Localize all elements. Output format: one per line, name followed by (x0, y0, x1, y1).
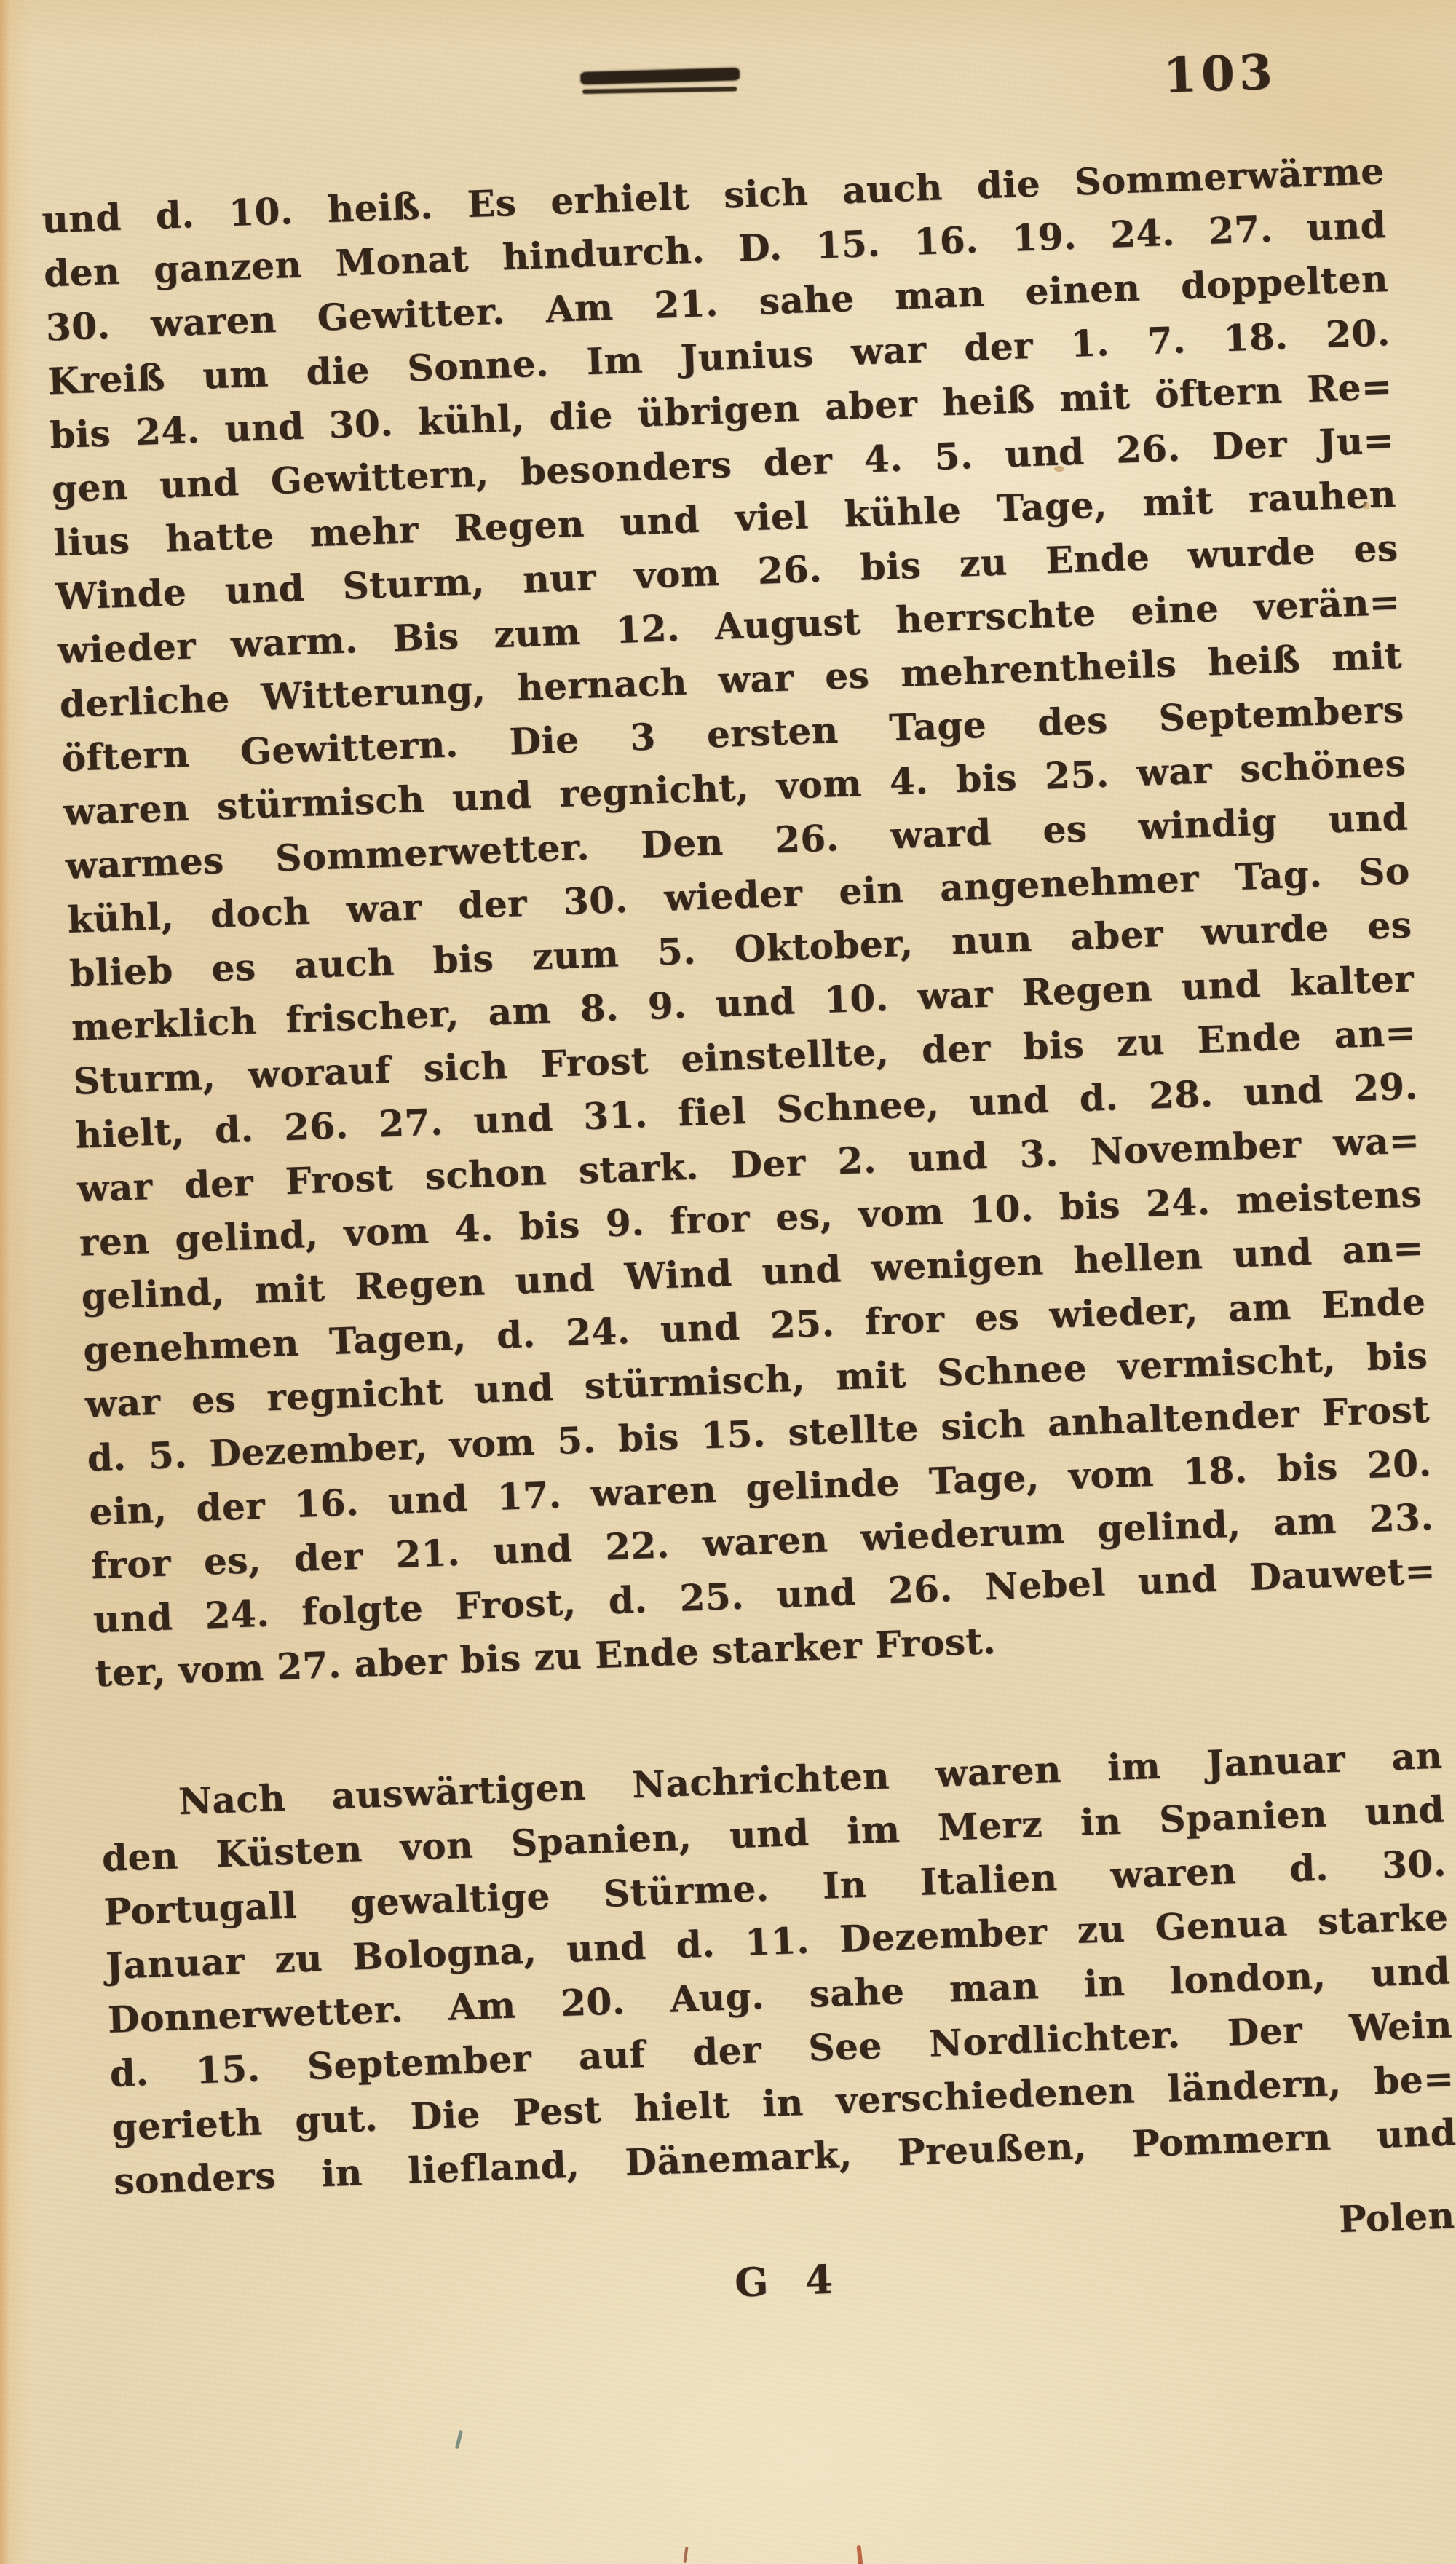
paper-speck (856, 2545, 863, 2564)
paper-speck (1363, 502, 1370, 510)
rule-bar-top-icon (580, 68, 739, 84)
page-number: 103 (1163, 43, 1278, 103)
paper-speck (455, 2430, 463, 2449)
paper-speck (1054, 466, 1064, 472)
paper-speck (683, 2547, 688, 2563)
rule-bar-bottom-icon (582, 87, 737, 94)
paragraph-foreign-news: Nach auswärtigen Nachrichten waren im Ja… (99, 1729, 1456, 2209)
text-block: und d. 10. heiß. Es erhielt sich auch di… (41, 144, 1456, 2263)
signature-mark: G 4 (117, 2229, 1456, 2332)
book-page-scan: 103 und d. 10. heiß. Es erhielt sich auc… (0, 0, 1456, 2564)
paragraph-weather-report: und d. 10. heiß. Es erhielt sich auch di… (41, 144, 1439, 1701)
header-rule-ornament (580, 66, 744, 103)
